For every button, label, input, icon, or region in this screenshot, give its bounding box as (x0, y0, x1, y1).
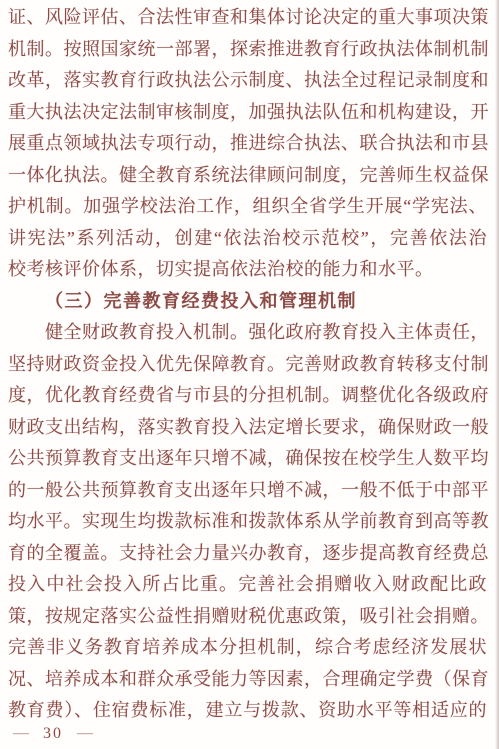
footer-left-dash: — (13, 727, 29, 741)
text-line: 一体化执法。健全教育系统法律顾问制度，完善师生权益保 (8, 160, 487, 192)
footer-right-dash: — (77, 727, 93, 741)
text-line: 机制。按照国家统一部署，探索推进教育行政执法体制机制 (8, 34, 487, 66)
text-line: 完善非义务教育培养成本分担机制，综合考虑经济发展状 (8, 632, 487, 664)
text-line: 育的全覆盖。支持社会力量兴办教育，逐步提高教育经费总 (8, 538, 487, 570)
text-line: 策，按规定落实公益性捐赠财税优惠政策，吸引社会捐赠。 (8, 601, 487, 633)
text-line: 健全财政教育投入机制。强化政府教育投入主体责任， (8, 317, 487, 349)
text-line: 公共预算教育支出逐年只增不减，确保按在校学生人数平均 (8, 443, 487, 475)
text-line: 均水平。实现生均拨款标准和拨款体系从学前教育到高等教 (8, 506, 487, 538)
document-text: 证、风险评估、合法性审查和集体讨论决定的重大事项决策机制。按照国家统一部署，探索… (8, 2, 487, 727)
text-line: 证、风险评估、合法性审查和集体讨论决定的重大事项决策 (8, 2, 487, 34)
text-line: 的一般公共预算教育支出逐年只增不减，一般不低于中部平 (8, 475, 487, 507)
text-line: 改革，落实教育行政执法公示制度、执法全过程记录制度和 (8, 65, 487, 97)
page-number: 30 (43, 725, 63, 743)
section-heading: （三）完善教育经费投入和管理机制 (8, 286, 487, 318)
text-line: 讲宪法”系列活动，创建“依法治校示范校”，完善依法治 (8, 223, 487, 255)
text-line: 教育费）、住宿费标准，建立与拨款、资助水平等相适应的 (8, 695, 487, 727)
text-line: 重大执法决定法制审核制度，加强执法队伍和机构建设，开 (8, 97, 487, 129)
text-line: 度，优化教育经费省与市县的分担机制。调整优化各级政府 (8, 380, 487, 412)
text-line: 投入中社会投入所占比重。完善社会捐赠收入财政配比政 (8, 569, 487, 601)
text-line: 况、培养成本和群众承受能力等因素，合理确定学费（保育 (8, 664, 487, 696)
text-line: 财政支出结构，落实教育投入法定增长要求，确保财政一般 (8, 412, 487, 444)
text-line: 坚持财政资金投入优先保障教育。完善财政教育转移支付制 (8, 349, 487, 381)
page-footer: — 30 — (13, 725, 93, 743)
text-line: 护机制。加强学校法治工作，组织全省学生开展“学宪法、 (8, 191, 487, 223)
text-line: 校考核评价体系，切实提高依法治校的能力和水平。 (8, 254, 487, 286)
document-page: 证、风险评估、合法性审查和集体讨论决定的重大事项决策机制。按照国家统一部署，探索… (0, 0, 499, 749)
text-line: 展重点领域执法专项行动，推进综合执法、联合执法和市县 (8, 128, 487, 160)
